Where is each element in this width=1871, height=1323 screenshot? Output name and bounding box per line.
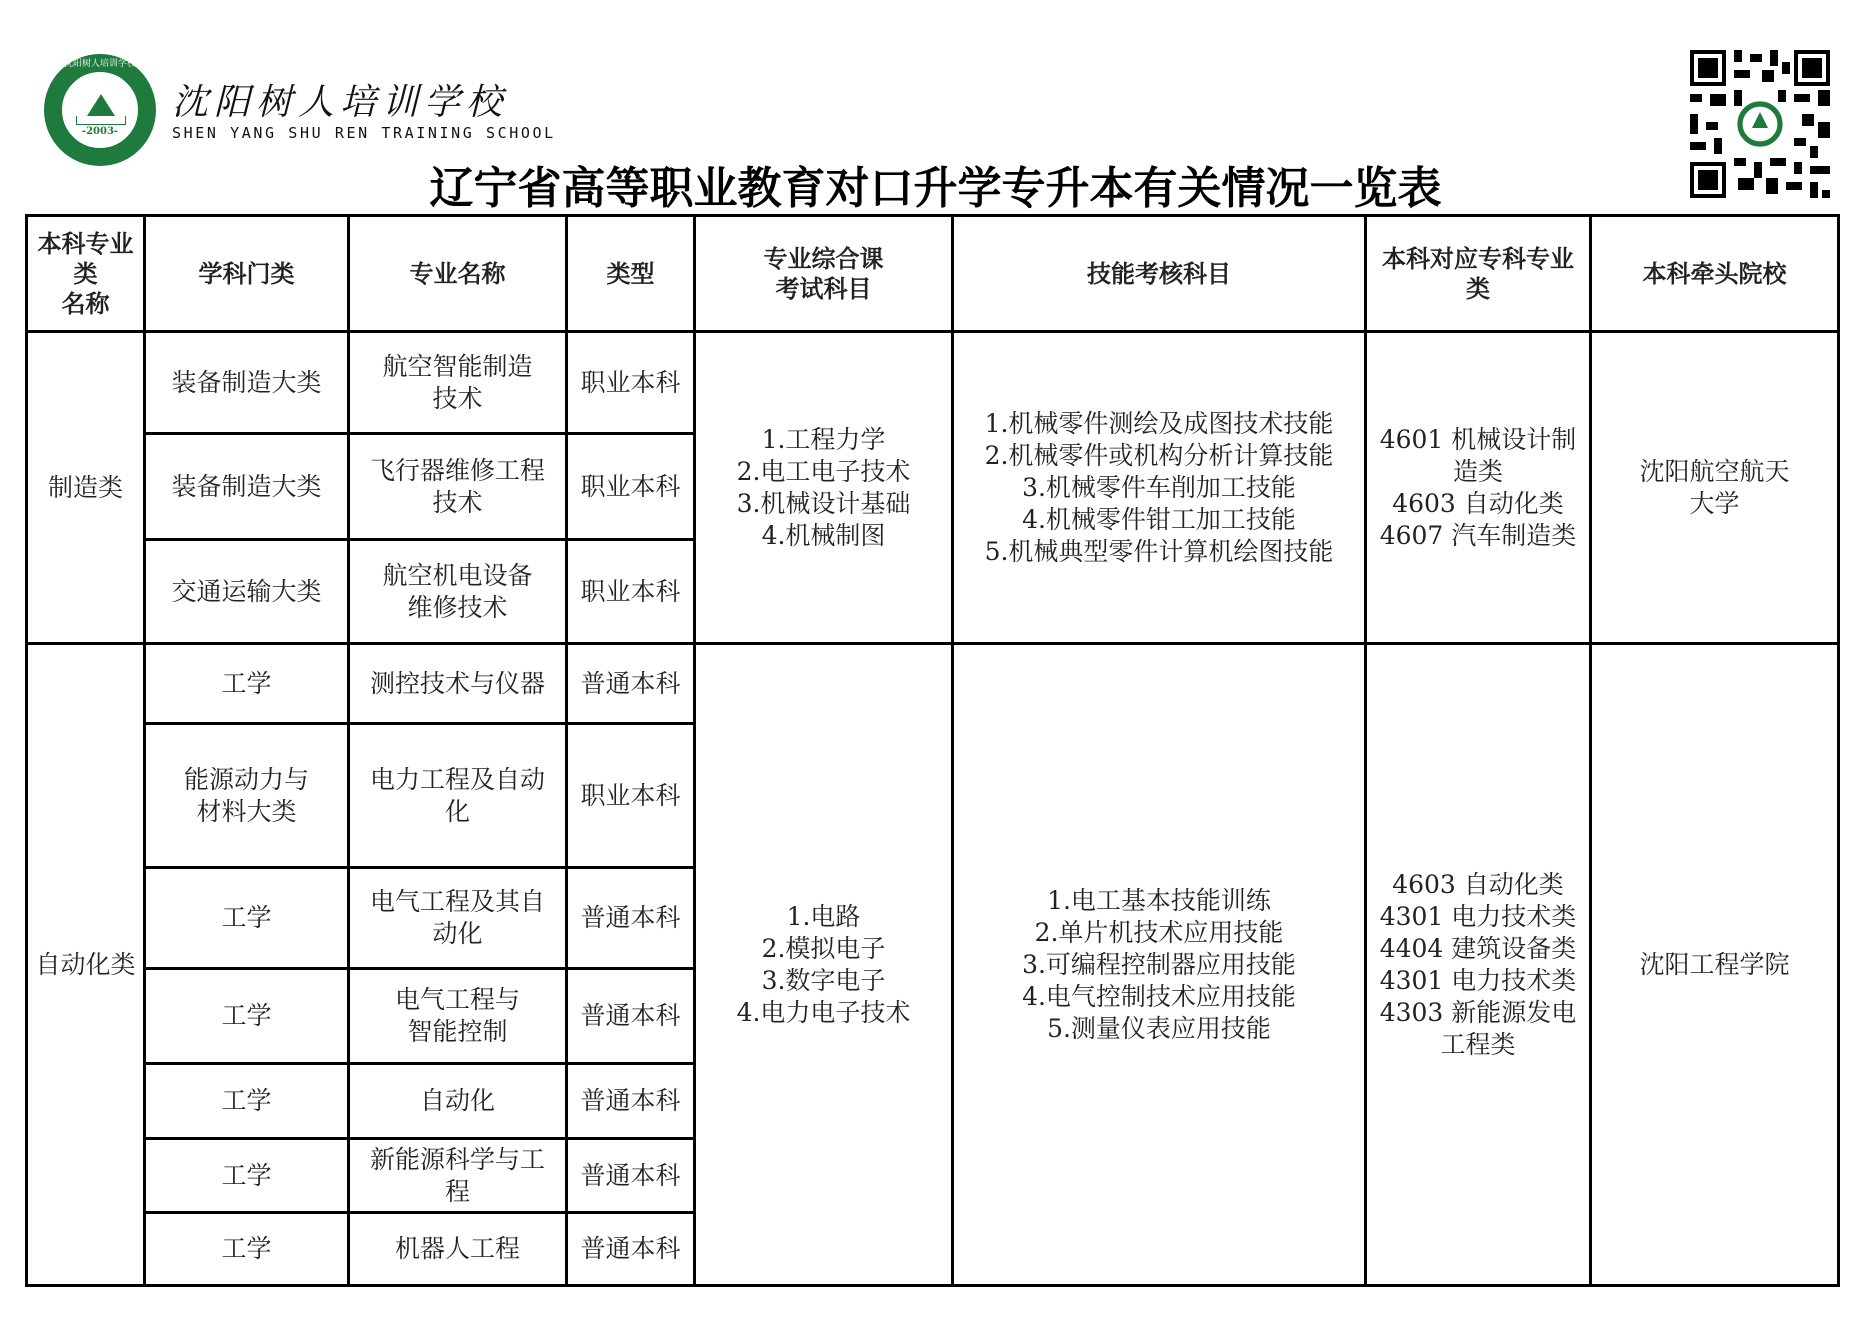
- school-name-cn: 沈阳树人培训学校: [172, 74, 508, 125]
- discipline-cell: 工学: [145, 969, 349, 1064]
- table-header-row: 本科专业类 名称 学科门类 专业名称 类型 专业综合课 考试科目 技能考核科目 …: [27, 216, 1839, 332]
- exam-subjects-cell: 1.工程力学 2.电工电子技术 3.机械设计基础 4.机械制图: [695, 332, 953, 644]
- major-cell: 新能源科学与工 程: [349, 1139, 567, 1213]
- admission-table: 本科专业类 名称 学科门类 专业名称 类型 专业综合课 考试科目 技能考核科目 …: [25, 214, 1840, 1287]
- school-logo-icon: 沈阳树人培训学校 -2003-: [44, 54, 156, 166]
- major-cell: 电气工程与 智能控制: [349, 969, 567, 1064]
- col-header-vocational-categories: 本科对应专科专业 类: [1366, 216, 1591, 332]
- type-cell: 职业本科: [567, 540, 695, 644]
- vocational-categories-cell: 4601 机械设计制 造类 4603 自动化类 4607 汽车制造类: [1366, 332, 1591, 644]
- vocational-categories-cell: 4603 自动化类 4301 电力技术类 4404 建筑设备类 4301 电力技…: [1366, 644, 1591, 1286]
- col-header-skill-subjects: 技能考核科目: [953, 216, 1366, 332]
- book-icon: [76, 116, 126, 125]
- lead-school-cell: 沈阳工程学院: [1591, 644, 1839, 1286]
- logo-year: -2003-: [62, 126, 138, 137]
- school-name-en: SHEN YANG SHU REN TRAINING SCHOOL: [172, 124, 556, 142]
- discipline-cell: 工学: [145, 1064, 349, 1139]
- type-cell: 普通本科: [567, 644, 695, 724]
- major-cell: 电力工程及自动 化: [349, 724, 567, 868]
- col-header-type: 类型: [567, 216, 695, 332]
- major-cell: 飞行器维修工程 技术: [349, 434, 567, 540]
- lead-school-cell: 沈阳航空航天 大学: [1591, 332, 1839, 644]
- major-cell: 自动化: [349, 1064, 567, 1139]
- type-cell: 普通本科: [567, 1064, 695, 1139]
- skill-subjects-cell: 1.电工基本技能训练 2.单片机技术应用技能 3.可编程控制器应用技能 4.电气…: [953, 644, 1366, 1286]
- discipline-cell: 交通运输大类: [145, 540, 349, 644]
- logo-ring-text: 沈阳树人培训学校: [44, 56, 156, 69]
- major-cell: 航空机电设备 维修技术: [349, 540, 567, 644]
- discipline-cell: 能源动力与 材料大类: [145, 724, 349, 868]
- major-cell: 测控技术与仪器: [349, 644, 567, 724]
- major-cell: 航空智能制造 技术: [349, 332, 567, 434]
- table-row: 制造类 装备制造大类 航空智能制造 技术 职业本科 1.工程力学 2.电工电子技…: [27, 332, 1839, 434]
- category-cell: 制造类: [27, 332, 145, 644]
- type-cell: 职业本科: [567, 332, 695, 434]
- page-title: 辽宁省高等职业教育对口升学专升本有关情况一览表: [0, 152, 1871, 216]
- type-cell: 职业本科: [567, 724, 695, 868]
- type-cell: 普通本科: [567, 868, 695, 969]
- category-cell: 自动化类: [27, 644, 145, 1286]
- col-header-discipline: 学科门类: [145, 216, 349, 332]
- type-cell: 普通本科: [567, 1139, 695, 1213]
- discipline-cell: 工学: [145, 1139, 349, 1213]
- tent-icon: [87, 94, 115, 116]
- type-cell: 职业本科: [567, 434, 695, 540]
- col-header-major: 专业名称: [349, 216, 567, 332]
- exam-subjects-cell: 1.电路 2.模拟电子 3.数字电子 4.电力电子技术: [695, 644, 953, 1286]
- major-cell: 电气工程及其自 动化: [349, 868, 567, 969]
- discipline-cell: 装备制造大类: [145, 434, 349, 540]
- table-row: 自动化类 工学 测控技术与仪器 普通本科 1.电路 2.模拟电子 3.数字电子 …: [27, 644, 1839, 724]
- col-header-category: 本科专业类 名称: [27, 216, 145, 332]
- col-header-lead-school: 本科牵头院校: [1591, 216, 1839, 332]
- type-cell: 普通本科: [567, 1213, 695, 1286]
- discipline-cell: 工学: [145, 1213, 349, 1286]
- col-header-exam-subjects: 专业综合课 考试科目: [695, 216, 953, 332]
- discipline-cell: 装备制造大类: [145, 332, 349, 434]
- logo-inner: -2003-: [60, 70, 140, 150]
- type-cell: 普通本科: [567, 969, 695, 1064]
- discipline-cell: 工学: [145, 644, 349, 724]
- skill-subjects-cell: 1.机械零件测绘及成图技术技能 2.机械零件或机构分析计算技能 3.机械零件车削…: [953, 332, 1366, 644]
- discipline-cell: 工学: [145, 868, 349, 969]
- major-cell: 机器人工程: [349, 1213, 567, 1286]
